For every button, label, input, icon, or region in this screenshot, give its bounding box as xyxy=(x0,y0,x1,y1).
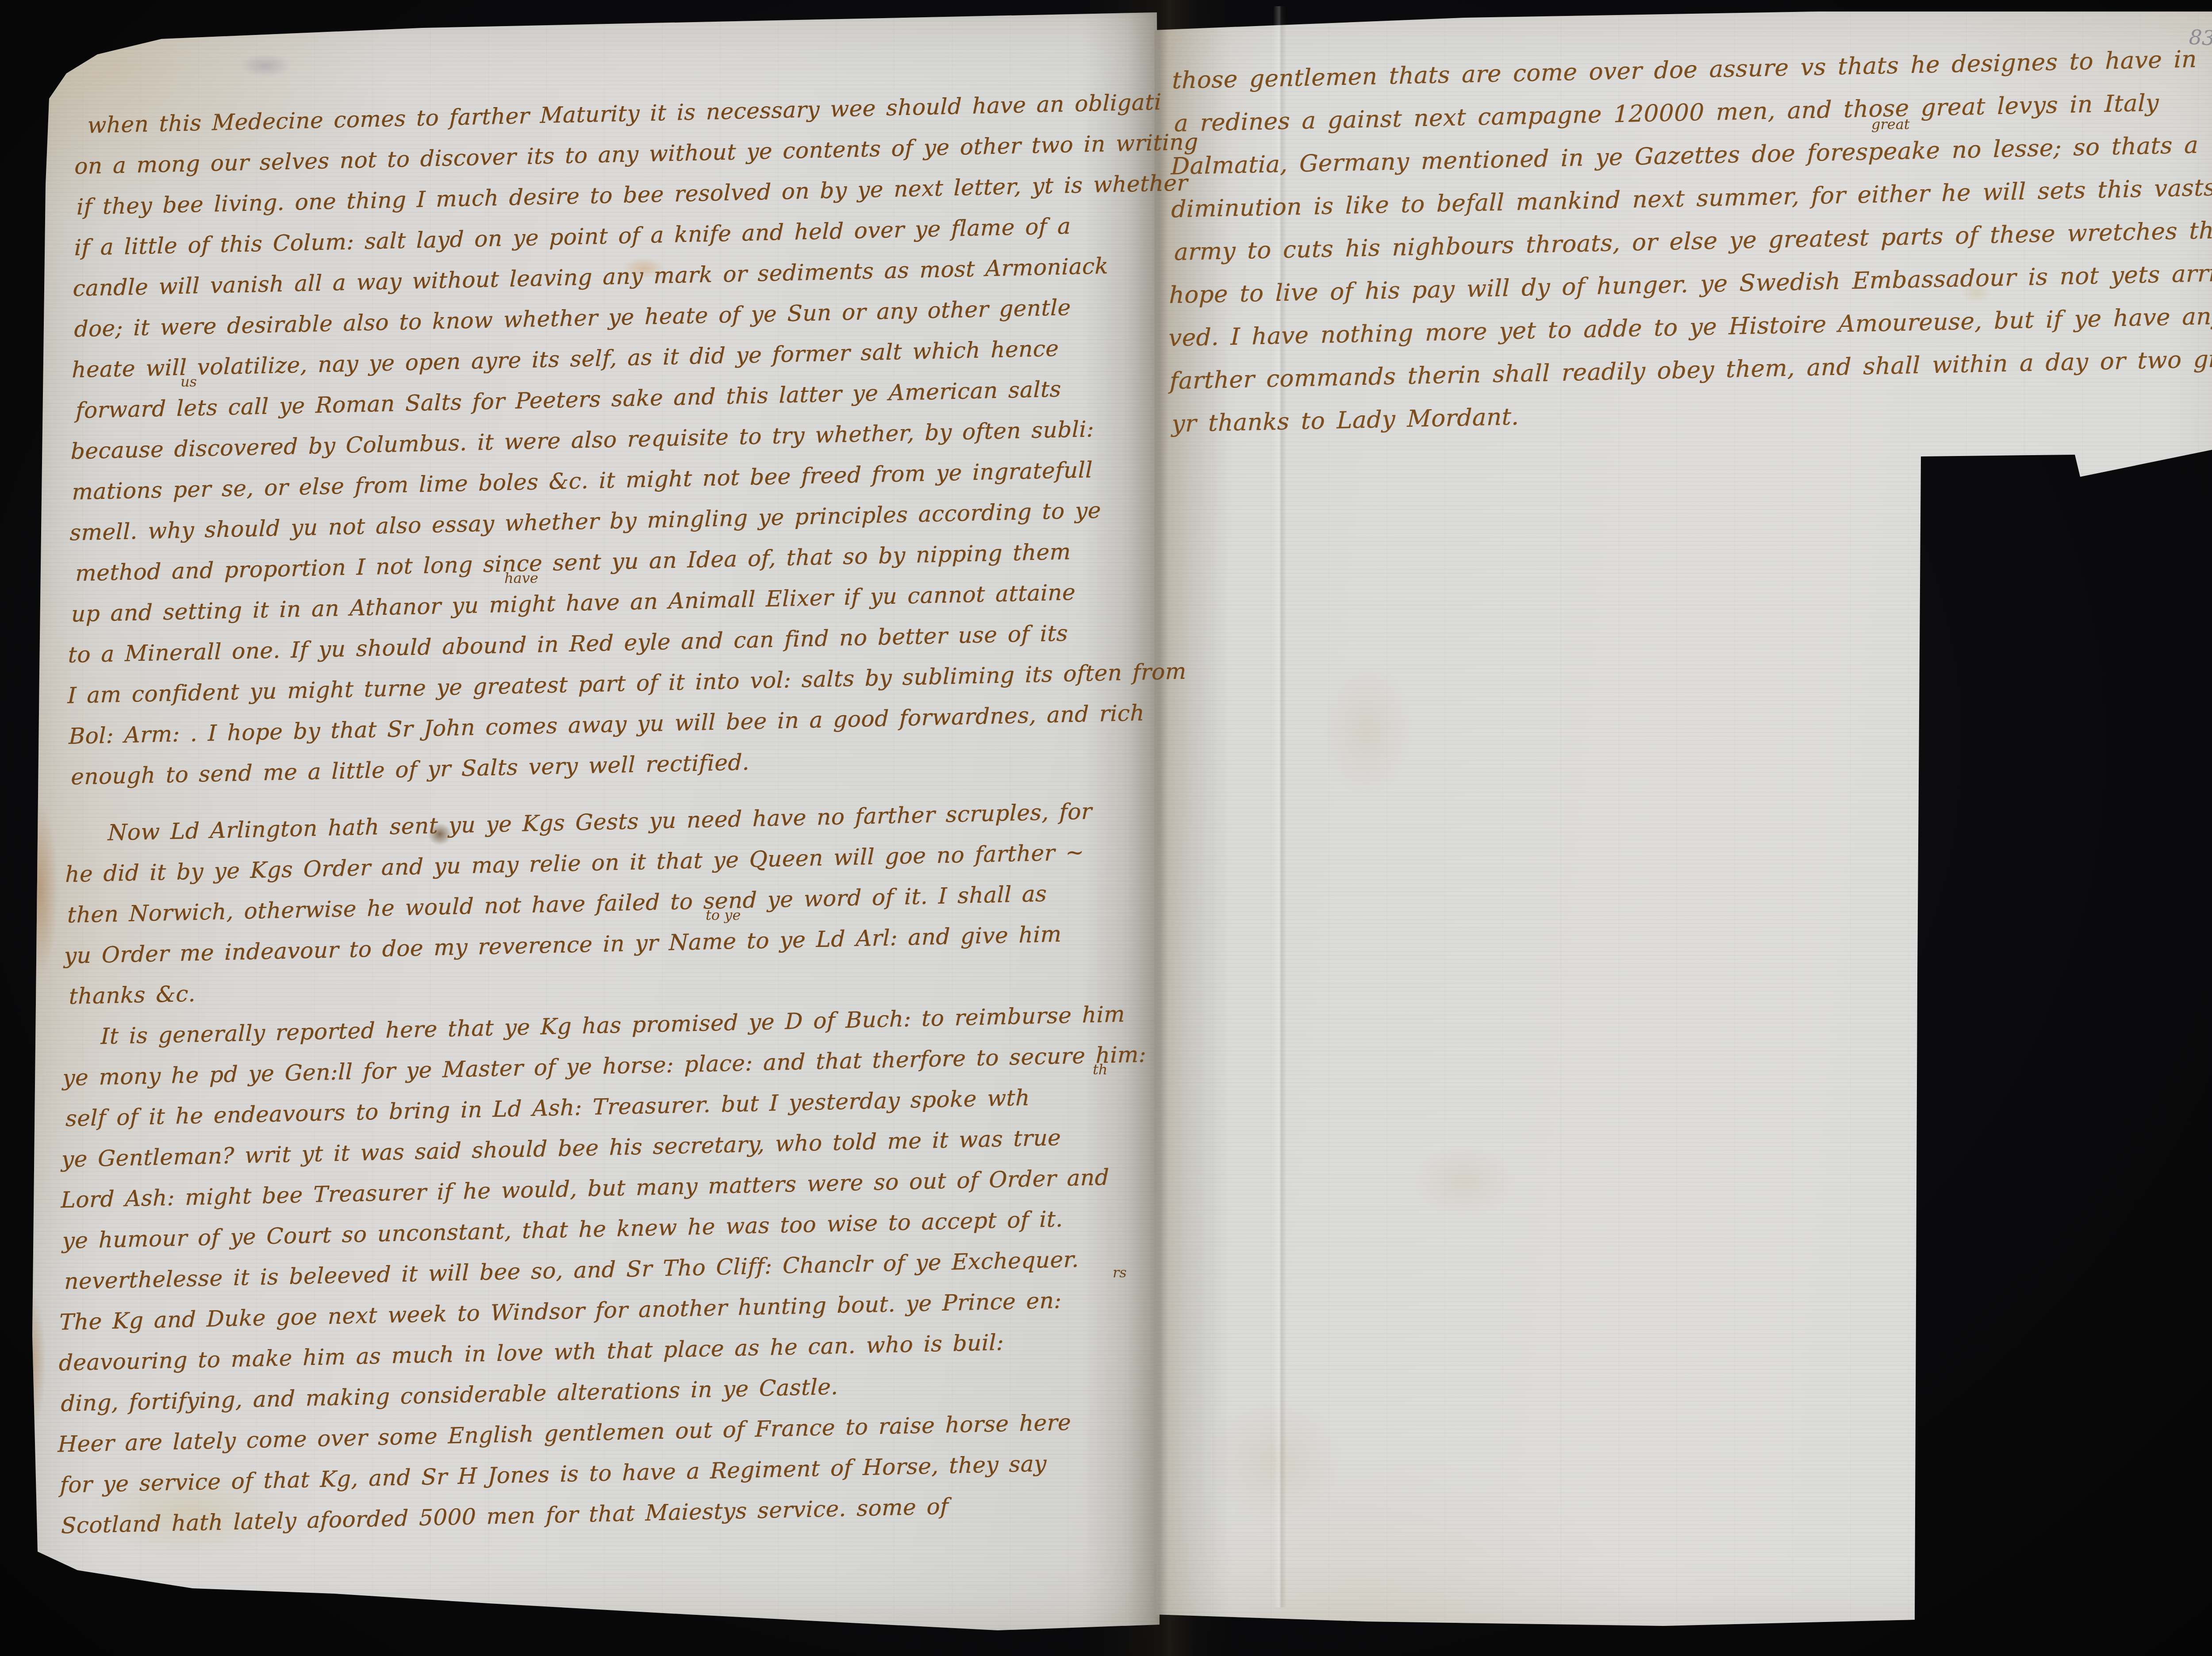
stain xyxy=(230,50,301,81)
interline-insertion: great xyxy=(1871,116,1910,133)
stain xyxy=(11,1269,51,1454)
right-page-text: those gentlemen thats are come over doe … xyxy=(1167,38,2185,445)
stain xyxy=(1394,1132,1535,1230)
stain xyxy=(1305,641,1429,818)
stain xyxy=(15,774,64,1004)
stain xyxy=(1181,1376,1367,1544)
interline-insertion: rs xyxy=(1113,1264,1127,1281)
interline-insertion: us xyxy=(180,373,197,390)
interline-insertion: th xyxy=(1093,1061,1107,1078)
document-photo: when this Medecine comes to farther Matu… xyxy=(0,0,2212,1656)
interline-insertion: have xyxy=(504,570,538,586)
left-page-text: when this Medecine comes to farther Matu… xyxy=(56,82,1123,1546)
page-number: 83 xyxy=(2189,25,2212,50)
interline-insertion: to ye xyxy=(706,907,741,924)
